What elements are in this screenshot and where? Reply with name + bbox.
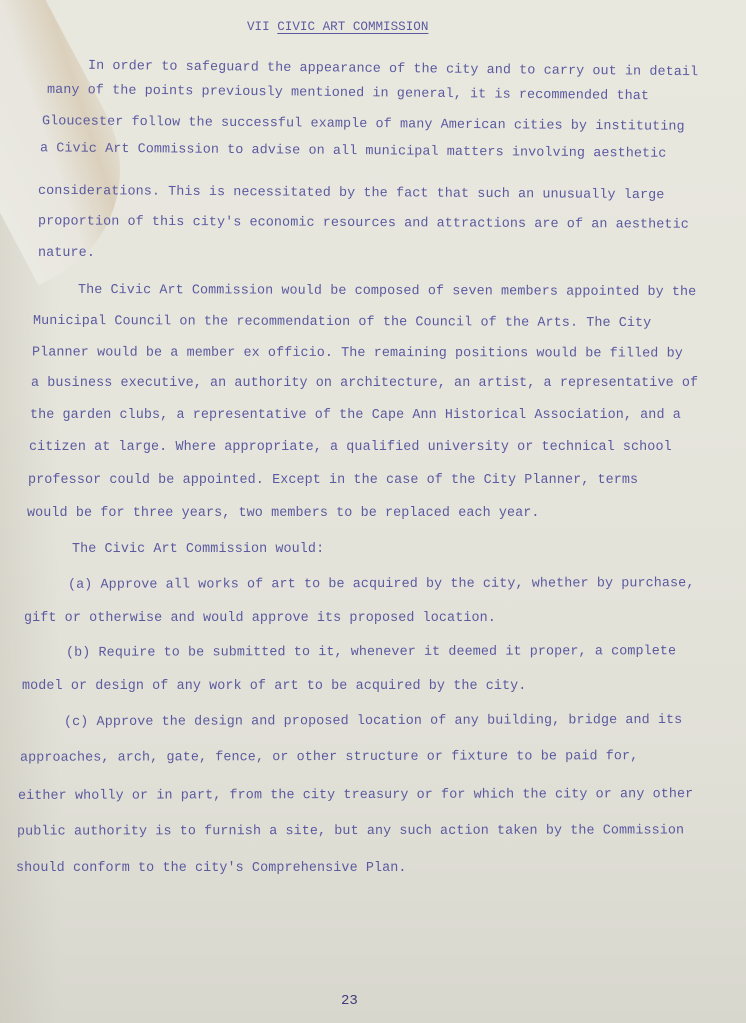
text-line: (c) Approve the design and proposed loca… [64, 713, 682, 730]
text-line: a business executive, an authority on ar… [31, 376, 698, 391]
text-line: either wholly or in part, from the city … [18, 787, 693, 804]
page-number: 23 [341, 993, 358, 1009]
text-line: the garden clubs, a representative of th… [30, 408, 681, 423]
text-line: approaches, arch, gate, fence, or other … [20, 749, 638, 766]
text-line: a Civic Art Commission to advise on all … [40, 141, 667, 161]
text-line: The Civic Art Commission would: [72, 542, 324, 557]
text-line: (a) Approve all works of art to be acqui… [68, 576, 694, 593]
text-line: professor could be appointed. Except in … [28, 473, 638, 488]
section-heading: VII CIVIC ART COMMISSION [247, 20, 428, 34]
text-line: In order to safeguard the appearance of … [88, 59, 698, 80]
text-line: public authority is to furnish a site, b… [17, 823, 684, 839]
section-number: VII [247, 20, 270, 34]
text-line: model or design of any work of art to be… [22, 679, 526, 694]
text-line: Gloucester follow the successful example… [42, 114, 685, 135]
text-line: should conform to the city's Comprehensi… [16, 861, 407, 876]
text-line: Municipal Council on the recommendation … [33, 314, 651, 331]
text-line: would be for three years, two members to… [27, 506, 540, 521]
text-line: proportion of this city's economic resou… [38, 214, 689, 232]
text-line: Planner would be a member ex officio. Th… [32, 345, 683, 361]
text-line: many of the points previously mentioned … [47, 83, 649, 104]
document-page: VII CIVIC ART COMMISSION In order to saf… [0, 0, 746, 1023]
section-title: CIVIC ART COMMISSION [277, 20, 428, 34]
text-line: considerations. This is necessitated by … [38, 184, 665, 203]
text-line: The Civic Art Commission would be compos… [78, 283, 696, 300]
text-line: nature. [38, 246, 95, 261]
text-line: (b) Require to be submitted to it, whene… [66, 644, 676, 661]
text-line: gift or otherwise and would approve its … [24, 611, 496, 626]
text-line: citizen at large. Where appropriate, a q… [29, 440, 672, 455]
